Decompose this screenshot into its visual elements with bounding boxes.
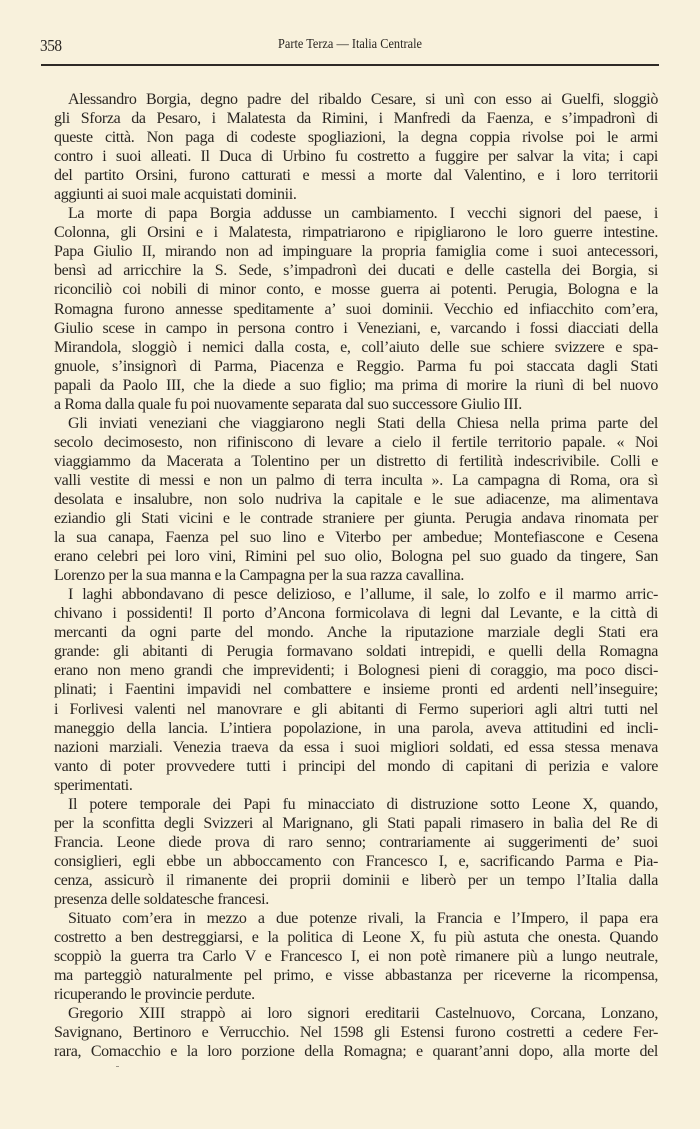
text-line: chivano i possidenti! Il porto d’Ancona …: [54, 604, 658, 623]
text-line: erano non meno grandi che imprevidenti; …: [54, 661, 658, 680]
text-line: maneggio della lancia. L’intiera popolaz…: [54, 719, 658, 738]
text-line: Giulio scese in campo in persona contro …: [54, 319, 658, 338]
text-line: Gli inviati veneziani che viaggiarono ne…: [54, 414, 658, 433]
text-line: Gregorio XIII strappò ai loro signori er…: [54, 1004, 658, 1023]
text-line: nazioni marziali. Venezia traeva da essa…: [54, 738, 658, 757]
body-text: Alessandro Borgia, degno padre del ribal…: [54, 90, 658, 1061]
text-line: costretto a ben destreggiarsi, e la poli…: [54, 928, 658, 947]
text-line: a Roma dalla quale fu poi nuovamente sep…: [54, 395, 658, 414]
text-line: gli Sforza da Pesaro, i Malatesta da Rim…: [54, 109, 658, 128]
text-line: contro i suoi alleati. Il Duca di Urbino…: [54, 147, 658, 166]
text-line: riconciliò coi nobili di minor conto, e …: [54, 280, 658, 299]
text-line: eziandio gli Stati vicini e le contrade …: [54, 509, 658, 528]
text-line: valli vestite di messi e non un palmo di…: [54, 471, 658, 490]
text-line: desolata e insalubre, non solo nudriva l…: [54, 490, 658, 509]
text-line: consiglieri, egli ebbe un abboccamento c…: [54, 852, 658, 871]
page-header: 358 Parte Terza — Italia Centrale: [40, 36, 660, 56]
text-line: I laghi abbondavano di pesce delizioso, …: [54, 585, 658, 604]
text-line: La morte di papa Borgia addusse un cambi…: [54, 204, 658, 223]
page-number: 358: [40, 36, 62, 56]
text-line: del partito Orsini, furono catturati e m…: [54, 166, 658, 185]
text-line: secolo decimosesto, non rifiniscono di l…: [54, 433, 658, 452]
text-line: Romagna furono annesse speditamente a’ s…: [54, 300, 658, 319]
text-line: ma parteggiò naturalmente pel primo, e v…: [54, 966, 658, 985]
text-line: Savignano, Bertinoro e Verrucchio. Nel 1…: [54, 1023, 658, 1042]
text-line: Il potere temporale dei Papi fu minaccia…: [54, 795, 658, 814]
text-line: la sua canapa, Faenza pel suo lino e Vit…: [54, 528, 658, 547]
text-line: Francia. Leone diede prova di raro senno…: [54, 833, 658, 852]
text-line: ricuperando le provincie perdute.: [54, 985, 658, 1004]
text-line: Papa Giulio II, mirando non ad impinguar…: [54, 242, 658, 261]
text-line: plinati; i Faentini impavidi nel combatt…: [54, 680, 658, 699]
text-line: queste città. Non paga di codeste spogli…: [54, 128, 658, 147]
text-line: rara, Comacchio e la loro porzione della…: [54, 1042, 658, 1061]
text-line: Mirandola, sloggiò i nemici dalla costa,…: [54, 338, 658, 357]
text-line: vanto di poter provvedere tutti i princi…: [54, 757, 658, 776]
text-line: papali da Paolo III, che la diede a suo …: [54, 376, 658, 395]
print-speck: [116, 1066, 119, 1067]
running-title: Parte Terza — Italia Centrale: [77, 37, 623, 53]
text-line: gnuole, s’insignorì di Parma, Piacenza e…: [54, 357, 658, 376]
text-line: presenza delle soldatesche francesi.: [54, 890, 658, 909]
text-line: scoppiò la guerra tra Carlo V e Francesc…: [54, 947, 658, 966]
text-line: sperimentati.: [54, 776, 658, 795]
text-line: cenza, assicurò il rimanente dei proprii…: [54, 871, 658, 890]
text-line: aggiunti ai suoi male acquistati dominii…: [54, 185, 658, 204]
text-line: bensì ad arricchire la S. Sede, s’impadr…: [54, 261, 658, 280]
text-line: per la sconfitta degli Svizzeri al Marig…: [54, 814, 658, 833]
text-line: erano celebri pei loro vini, Rimini pel …: [54, 547, 658, 566]
text-line: Alessandro Borgia, degno padre del ribal…: [54, 90, 658, 109]
text-line: viaggiammo da Macerata a Tolentino per u…: [54, 452, 658, 471]
text-line: mercanti da ogni parte del mondo. Anche …: [54, 623, 658, 642]
text-line: Colonna, gli Orsini e i Malatesta, rimpa…: [54, 223, 658, 242]
text-line: grande: gli abitanti di Perugia formavan…: [54, 642, 658, 661]
text-line: Lorenzo per la sua manna e la Campagna p…: [54, 566, 658, 585]
text-line: Situato com’era in mezzo a due potenze r…: [54, 909, 658, 928]
text-line: i Forlivesi valenti nel manovrare e gli …: [54, 700, 658, 719]
header-rule: [41, 64, 659, 66]
